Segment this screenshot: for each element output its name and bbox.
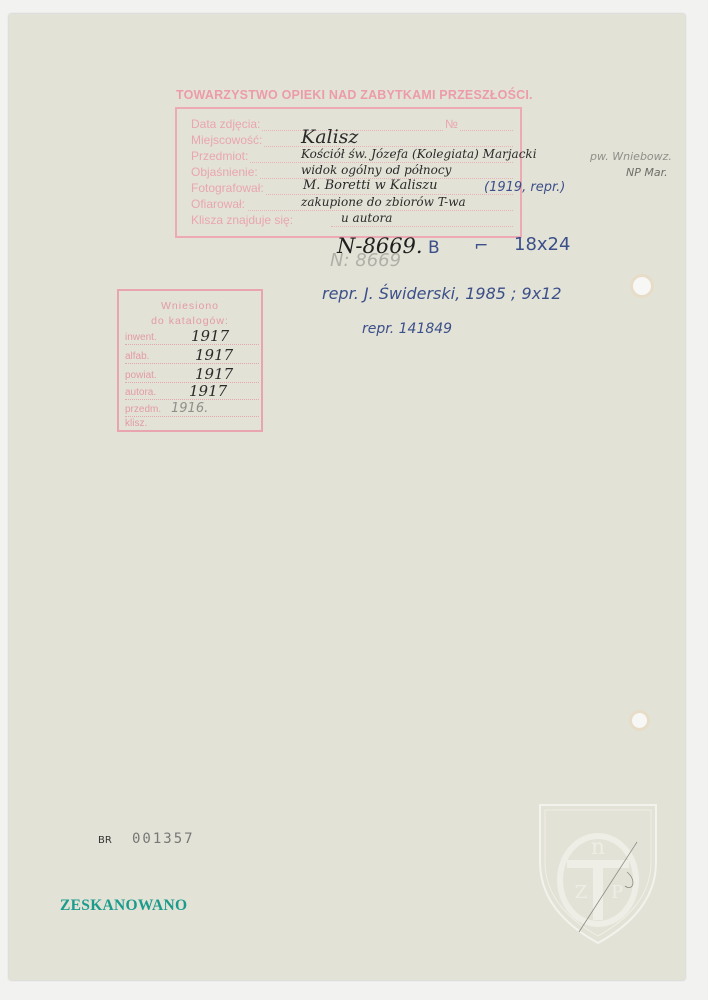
catalog-stamp-heading-1: Wniesiono: [119, 300, 261, 312]
year-repro-note: (1919, repr.): [484, 180, 565, 195]
row-label: inwent.: [125, 332, 159, 343]
inventory-number: 001357: [132, 831, 195, 847]
br-label: BR: [98, 835, 112, 846]
row-label: przedm.: [125, 404, 163, 415]
field-donor: Ofiarował: zakupione do zbiorów T-wa: [191, 197, 513, 212]
catalog-entry-stamp: Wniesiono do katalogów: inwent. 1917 alf…: [117, 289, 263, 432]
field-subject: Przedmiot: Kościół św. Józefa (Kolegiata…: [191, 149, 513, 164]
field-value: widok ogólny od północy: [301, 163, 451, 177]
svg-text:Z: Z: [575, 882, 588, 903]
field-value: zakupione do zbiorów T-wa: [301, 195, 466, 209]
catalog-row-author: autora. 1917: [125, 387, 259, 401]
row-label: powiat.: [125, 370, 159, 381]
field-value: M. Boretti w Kaliszu: [303, 178, 438, 193]
reproduction-number: repr. 141849: [362, 321, 452, 337]
field-label: Fotografował:: [191, 181, 266, 195]
row-value: 1917: [195, 365, 233, 383]
row-value: 1916.: [171, 401, 208, 416]
margin-note-line2: NP Mar.: [626, 166, 668, 179]
scanned-stamp: ZESKANOWANO: [60, 897, 187, 915]
row-label: alfab.: [125, 351, 151, 362]
format-mark: ⌐: [474, 236, 488, 256]
catalog-row-alphabetical: alfab. 1917: [125, 351, 259, 365]
svg-text:P: P: [611, 882, 623, 903]
field-label: Ofiarował:: [191, 197, 247, 211]
field-label: Miejscowość:: [191, 133, 264, 147]
society-emblem-watermark-icon: n Z P: [537, 802, 659, 946]
format-size: 18x24: [514, 234, 570, 255]
field-value: Kalisz: [301, 126, 358, 148]
photo-record-stamp: Data zdjęcia: № Miejscowość: Kalisz Prze…: [175, 107, 522, 238]
field-label: Klisza znajduje się:: [191, 213, 295, 227]
field-label: Objaśnienie:: [191, 165, 260, 179]
field-negative-location: Klisza znajduje się: u autora: [191, 213, 513, 228]
society-stamp-title: TOWARZYSTWO OPIEKI NAD ZABYTKAMI PRZESZŁ…: [176, 88, 533, 102]
catalog-row-subject: przedm. 1916.: [125, 404, 259, 418]
margin-note-line1: pw. Wniebowz.: [590, 150, 672, 163]
row-value: 1917: [195, 346, 233, 364]
row-value: 1917: [191, 327, 229, 345]
field-location: Miejscowość: Kalisz: [191, 133, 513, 148]
catalog-number: N-8669.: [337, 234, 423, 258]
row-label: autora.: [125, 387, 158, 398]
catalog-row-inventory: inwent. 1917: [125, 332, 259, 346]
field-label: Data zdjęcia:: [191, 117, 262, 131]
catalog-stamp-heading-2: do katalogów:: [119, 315, 261, 327]
punch-hole-bottom: [632, 713, 647, 728]
number-sign: №: [443, 117, 460, 131]
row-label: klisz.: [125, 418, 149, 429]
field-label: Przedmiot:: [191, 149, 250, 163]
catalog-row-negatives: klisz.: [125, 422, 259, 432]
reproduction-note: repr. J. Świderski, 1985 ; 9x12: [322, 284, 562, 303]
punch-hole-top: [633, 277, 651, 295]
field-value: Kościół św. Józefa (Kolegiata) Marjacki: [301, 147, 537, 161]
svg-text:n: n: [591, 835, 605, 860]
catalog-letter: B: [428, 238, 440, 258]
row-value: 1917: [189, 382, 227, 400]
field-photographer: Fotografował: M. Boretti w Kaliszu: [191, 181, 513, 196]
field-value: u autora: [341, 211, 392, 225]
